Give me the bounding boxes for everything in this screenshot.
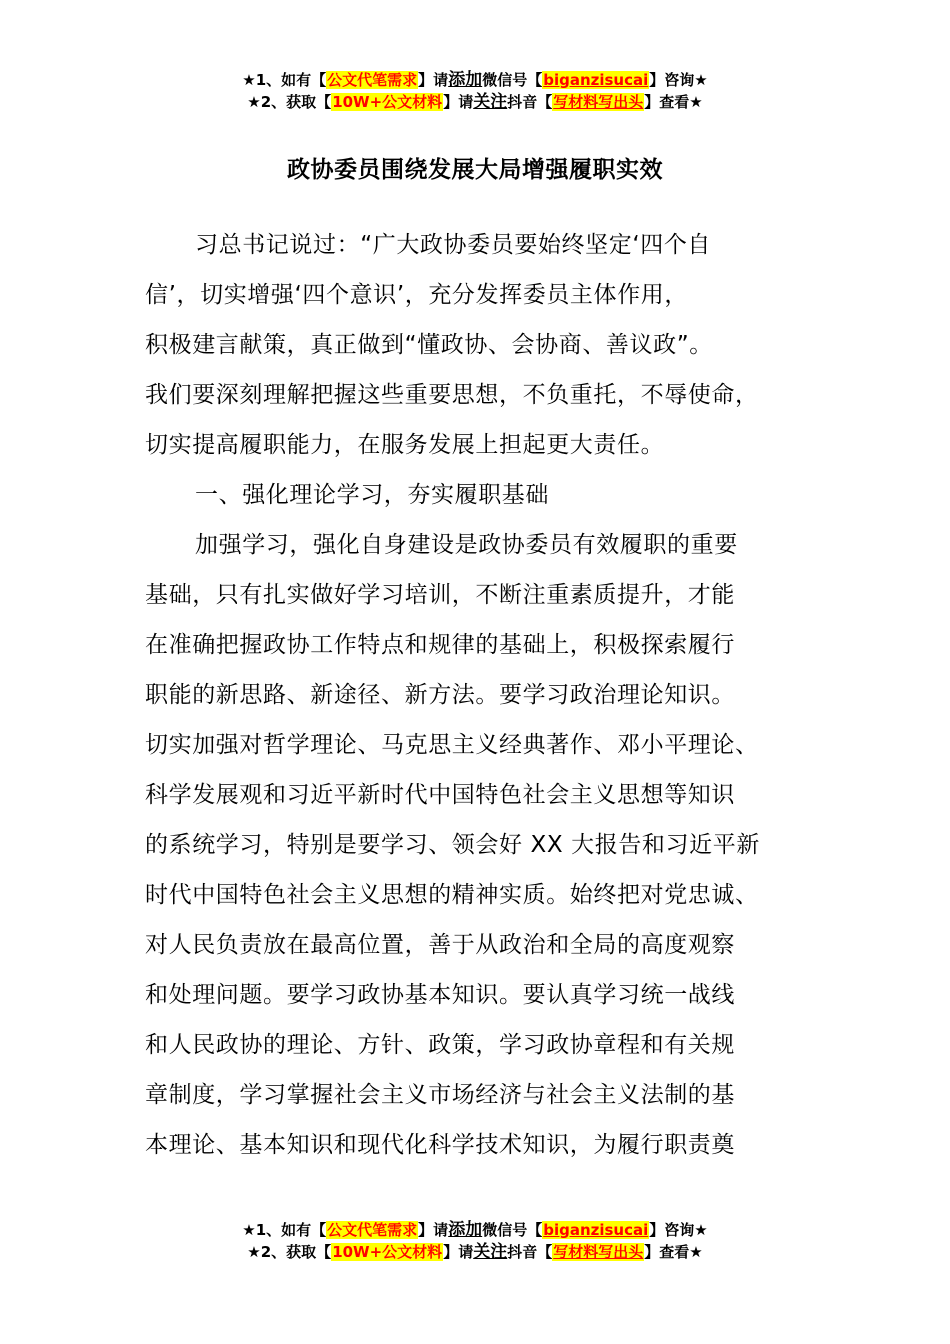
- text-line: 积极建言献策，真正做到“懂政协、会协商、善议政”。: [145, 326, 815, 376]
- banner-text: ★2、获取【: [247, 93, 331, 111]
- banner-text: 】查看★: [644, 1243, 702, 1261]
- document-title: 政协委员围绕发展大局增强履职实效: [0, 153, 950, 187]
- highlighted-service: 公文代笔需求: [326, 71, 418, 89]
- text-line: 信’，切实增强‘四个意识’，充分发挥委员主体作用，: [145, 276, 815, 326]
- wechat-id: biganzisucai: [542, 1221, 649, 1239]
- text-line: 切实提高履职能力，在服务发展上担起更大责任。: [145, 426, 815, 476]
- douyin-account: 写材料写出头: [552, 1243, 644, 1261]
- text-line: 我们要深刻理解把握这些重要思想，不负重托，不辱使命，: [145, 376, 815, 426]
- text-line: 和处理问题。要学习政协基本知识。要认真学习统一战线: [145, 976, 815, 1026]
- banner-text: ★1、如有【: [242, 1221, 326, 1239]
- text-line: 和人民政协的理论、方针、政策，学习政协章程和有关规: [145, 1026, 815, 1076]
- banner-text: 】请: [418, 1221, 448, 1239]
- highlighted-service: 公文代笔需求: [326, 1221, 418, 1239]
- highlighted-materials: 10W+公文材料: [331, 1243, 443, 1261]
- text-line: 切实加强对哲学理论、马克思主义经典著作、邓小平理论、: [145, 726, 815, 776]
- document-body: 习总书记说过：“广大政协委员要始终坚定‘四个自信’，切实增强‘四个意识’，充分发…: [145, 226, 815, 1176]
- emphasis-follow: 关注: [473, 1242, 507, 1262]
- text-line: 在准确把握政协工作特点和规律的基础上，积极探索履行: [145, 626, 815, 676]
- banner-line-2: ★2、获取【10W+公文材料】请关注抖音【写材料写出头】查看★: [0, 91, 950, 113]
- emphasis-add: 添加: [448, 70, 482, 90]
- banner-text: 】请: [443, 1243, 473, 1261]
- banner-text: 】咨询★: [649, 1221, 707, 1239]
- text-line: 的系统学习，特别是要学习、领会好 XX 大报告和习近平新: [145, 826, 815, 876]
- banner-text: ★1、如有【: [242, 71, 326, 89]
- banner-text: 微信号【: [482, 1221, 542, 1239]
- banner-text: 】请: [443, 93, 473, 111]
- text-line: 加强学习，强化自身建设是政协委员有效履职的重要: [145, 526, 815, 576]
- text-line: 一、强化理论学习，夯实履职基础: [145, 476, 815, 526]
- banner-line-1: ★1、如有【公文代笔需求】请添加微信号【biganzisucai】咨询★: [0, 1219, 950, 1241]
- banner-text: 】请: [418, 71, 448, 89]
- header-banner: ★1、如有【公文代笔需求】请添加微信号【biganzisucai】咨询★ ★2、…: [0, 69, 950, 113]
- banner-line-2: ★2、获取【10W+公文材料】请关注抖音【写材料写出头】查看★: [0, 1241, 950, 1263]
- banner-text: 】查看★: [644, 93, 702, 111]
- banner-line-1: ★1、如有【公文代笔需求】请添加微信号【biganzisucai】咨询★: [0, 69, 950, 91]
- text-line: 基础，只有扎实做好学习培训，不断注重素质提升，才能: [145, 576, 815, 626]
- text-line: 对人民负责放在最高位置，善于从政治和全局的高度观察: [145, 926, 815, 976]
- emphasis-follow: 关注: [473, 92, 507, 112]
- footer-banner: ★1、如有【公文代笔需求】请添加微信号【biganzisucai】咨询★ ★2、…: [0, 1219, 950, 1263]
- emphasis-add: 添加: [448, 1220, 482, 1240]
- text-line: 章制度，学习掌握社会主义市场经济与社会主义法制的基: [145, 1076, 815, 1126]
- text-line: 时代中国特色社会主义思想的精神实质。始终把对党忠诚、: [145, 876, 815, 926]
- banner-text: 微信号【: [482, 71, 542, 89]
- text-line: 本理论、基本知识和现代化科学技术知识，为履行职责奠: [145, 1126, 815, 1176]
- text-line: 习总书记说过：“广大政协委员要始终坚定‘四个自: [145, 226, 815, 276]
- banner-text: 】咨询★: [649, 71, 707, 89]
- banner-text: 抖音【: [507, 1243, 552, 1261]
- wechat-id: biganzisucai: [542, 71, 649, 89]
- banner-text: ★2、获取【: [247, 1243, 331, 1261]
- highlighted-materials: 10W+公文材料: [331, 93, 443, 111]
- text-line: 职能的新思路、新途径、新方法。要学习政治理论知识。: [145, 676, 815, 726]
- douyin-account: 写材料写出头: [552, 93, 644, 111]
- text-line: 科学发展观和习近平新时代中国特色社会主义思想等知识: [145, 776, 815, 826]
- banner-text: 抖音【: [507, 93, 552, 111]
